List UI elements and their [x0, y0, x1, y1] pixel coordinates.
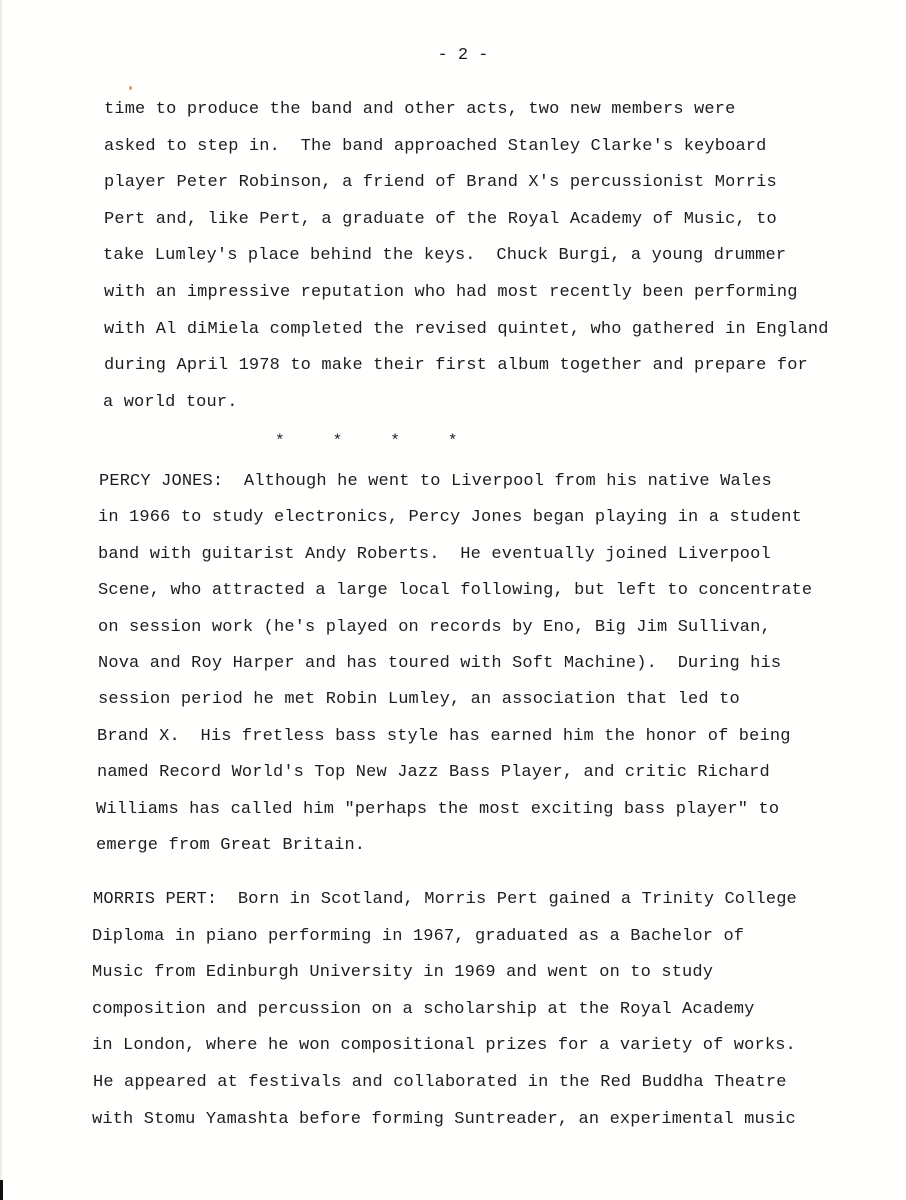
text-line: Williams has called him "perhaps the mos… [96, 800, 779, 820]
text-line: band with guitarist Andy Roberts. He eve… [98, 545, 771, 565]
text-line: session period he met Robin Lumley, an a… [98, 690, 740, 710]
document-page: - 2 - time to produce the band and other… [0, 0, 906, 1200]
text-line: Nova and Roy Harper and has toured with … [98, 654, 781, 674]
scan-edge-mark [0, 1180, 3, 1200]
text-line: PERCY JONES: Although he went to Liverpo… [99, 472, 772, 492]
scan-speck [129, 86, 132, 90]
text-line: a world tour. [103, 393, 238, 413]
text-line: MORRIS PERT: Born in Scotland, Morris Pe… [93, 890, 797, 910]
text-line: He appeared at festivals and collaborate… [93, 1073, 787, 1093]
text-line: composition and percussion on a scholars… [92, 1000, 755, 1020]
text-line: Brand X. His fretless bass style has ear… [97, 727, 791, 747]
page-number: - 2 - [0, 46, 906, 65]
text-line: with Al diMiela completed the revised qu… [104, 320, 829, 340]
text-line: on session work (he's played on records … [98, 618, 771, 638]
text-line: player Peter Robinson, a friend of Brand… [104, 173, 777, 193]
scan-edge-shadow [0, 0, 3, 1200]
text-line: with an impressive reputation who had mo… [104, 283, 798, 303]
text-line: during April 1978 to make their first al… [104, 356, 808, 376]
text-line: take Lumley's place behind the keys. Chu… [103, 246, 786, 266]
text-line: Diploma in piano performing in 1967, gra… [92, 927, 744, 947]
text-line: Scene, who attracted a large local follo… [98, 581, 812, 601]
section-break: * * * * [275, 432, 457, 450]
text-line: emerge from Great Britain. [96, 836, 365, 856]
text-line: time to produce the band and other acts,… [104, 100, 735, 120]
text-line: in 1966 to study electronics, Percy Jone… [98, 508, 802, 528]
text-line: in London, where he won compositional pr… [92, 1036, 796, 1056]
text-line: Music from Edinburgh University in 1969 … [92, 963, 713, 983]
text-line: named Record World's Top New Jazz Bass P… [97, 763, 770, 783]
text-line: Pert and, like Pert, a graduate of the R… [104, 210, 777, 230]
text-line: asked to step in. The band approached St… [104, 137, 767, 157]
text-line: with Stomu Yamashta before forming Suntr… [92, 1110, 796, 1130]
